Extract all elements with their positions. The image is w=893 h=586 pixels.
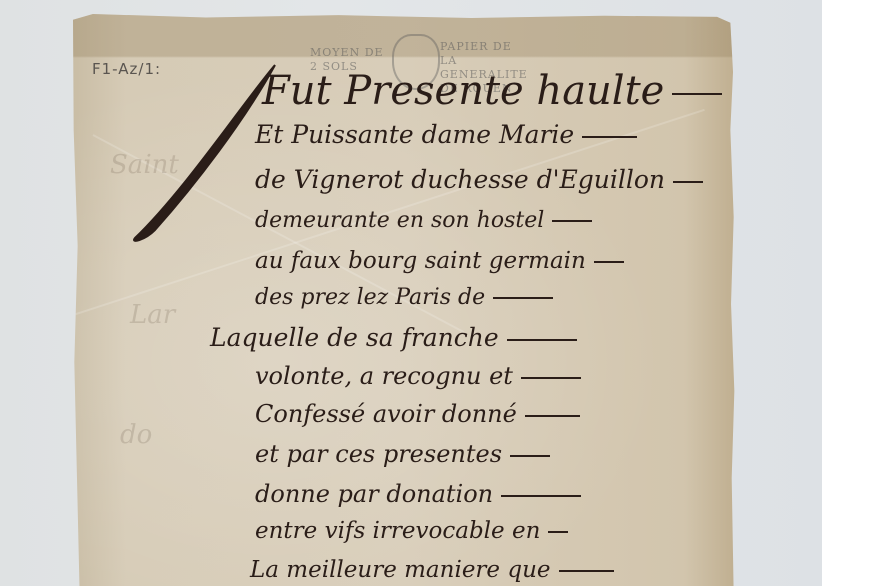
manuscript-line: des prez lez Paris de [255, 285, 553, 310]
bleed-through-text: do [120, 420, 152, 450]
manuscript-line: La meilleure maniere que [250, 557, 614, 583]
manuscript-line: et par ces presentes [255, 440, 550, 468]
manuscript-line: entre vifs irrevocable en [255, 518, 568, 544]
manuscript-line: demeurante en son hostel [255, 208, 592, 233]
manuscript-line: volonte, a recognu et [255, 362, 581, 390]
manuscript-line: Et Puissante dame Marie [255, 120, 637, 149]
manuscript-line: au faux bourg saint germain [255, 248, 624, 274]
bleed-through-text: Lar [130, 300, 175, 330]
manuscript-line: Fut Presente haulte [262, 68, 722, 114]
manuscript-line: de Vignerot duchesse d'Eguillon [255, 165, 703, 194]
manuscript-line: donne par donation [255, 480, 581, 508]
manuscript-line: Laquelle de sa franche [210, 323, 577, 352]
manuscript-line: Confessé avoir donné [255, 400, 580, 428]
right-margin [822, 0, 893, 586]
